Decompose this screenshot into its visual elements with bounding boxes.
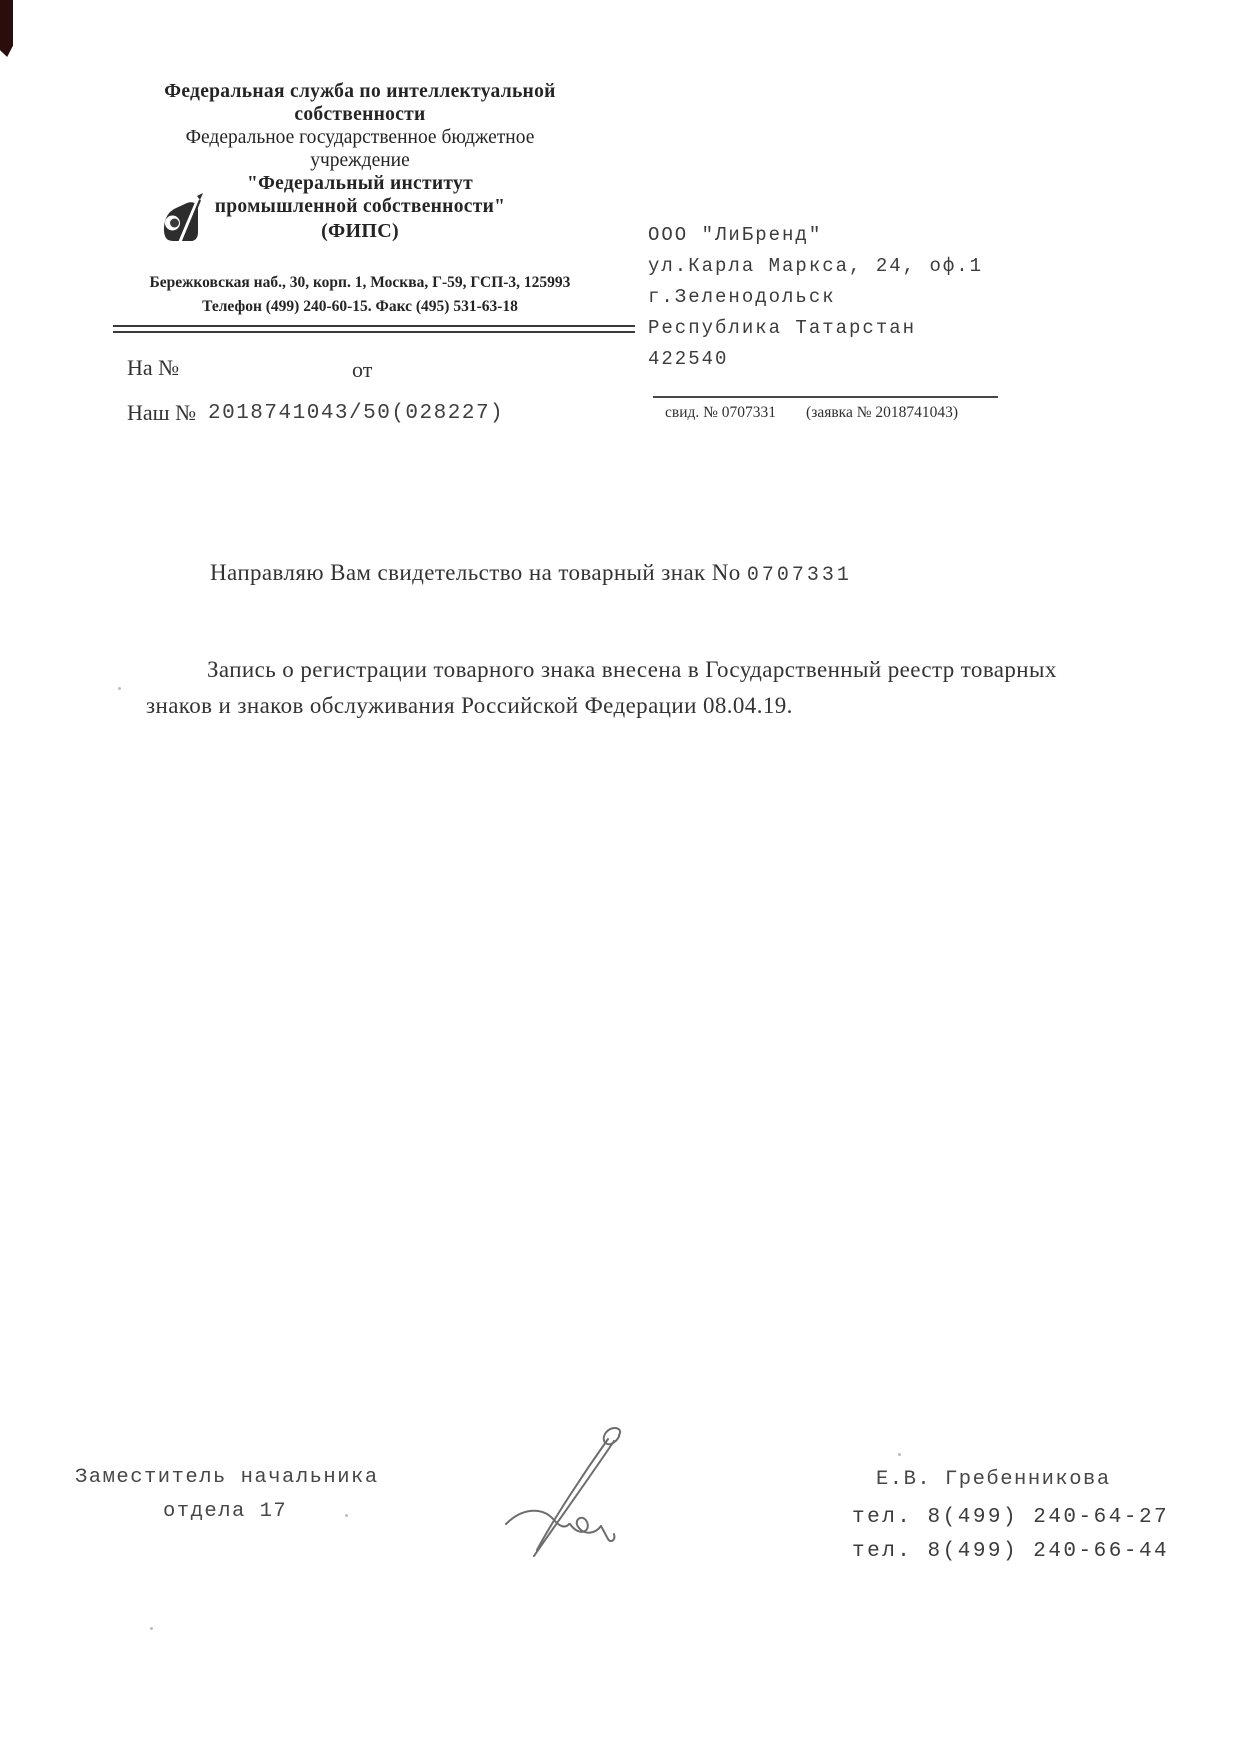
body-paragraph-line-2: знаков и знаков обслуживания Российской …	[146, 693, 793, 719]
signer-position-line-1: Заместитель начальника	[75, 1466, 379, 1489]
letterhead-address-block: Бережковская наб., 30, корп. 1, Москва, …	[100, 271, 620, 319]
certificate-number: свид. № 0707331	[665, 404, 776, 421]
letterhead-divider-rule	[113, 325, 635, 333]
recipient-address-block: ООО "ЛиБренд" ул.Карла Маркса, 24, оф.1 …	[648, 220, 983, 375]
scan-speck	[898, 1453, 901, 1456]
certificate-divider-rule	[653, 396, 998, 398]
scan-speck	[150, 1627, 153, 1630]
recipient-street: ул.Карла Маркса, 24, оф.1	[648, 251, 983, 282]
incoming-date-label: от	[352, 357, 372, 383]
letterhead-phone-fax: Телефон (499) 240-60-15. Факс (495) 531-…	[100, 295, 620, 319]
body-sentence-1-text: Направляю Вам свидетельство на товарный …	[210, 560, 741, 585]
recipient-company: ООО "ЛиБренд"	[648, 220, 983, 251]
org-name-line: Федеральная служба по интеллектуальной	[110, 80, 610, 103]
body-paragraph-line-1: Запись о регистрации товарного знака вне…	[207, 657, 1057, 683]
trademark-number: 0707331	[747, 564, 852, 587]
scan-speck	[345, 1514, 348, 1517]
contact-phone-1: тел. 8(499) 240-64-27	[852, 1506, 1169, 1529]
contact-phone-2: тел. 8(499) 240-66-44	[852, 1540, 1169, 1563]
our-number-value: 2018741043/50(028227)	[208, 402, 504, 425]
signer-position-line-2: отдела 17	[163, 1500, 287, 1523]
org-name-line: собственности	[110, 103, 610, 126]
our-number-label: Наш №	[127, 400, 196, 426]
recipient-region: Республика Татарстан	[648, 313, 983, 344]
certificate-reference-line: свид. № 0707331(заявка № 2018741043)	[665, 404, 958, 422]
scan-speck	[118, 687, 121, 690]
fips-rospatent-logo-icon	[157, 192, 207, 244]
org-type-line: учреждение	[110, 149, 610, 172]
application-number: (заявка № 2018741043)	[806, 404, 958, 421]
recipient-postal-code: 422540	[648, 344, 983, 375]
org-type-line: Федеральное государственное бюджетное	[110, 126, 610, 149]
handwritten-signature	[498, 1424, 638, 1569]
incoming-number-label: На №	[127, 355, 179, 381]
recipient-city: г.Зеленодольск	[648, 282, 983, 313]
letterhead-street-address: Бережковская наб., 30, корп. 1, Москва, …	[100, 271, 620, 295]
body-sentence-1: Направляю Вам свидетельство на товарный …	[210, 560, 852, 587]
signer-name: Е.В. Гребенникова	[876, 1468, 1111, 1491]
scanned-letter-page: Федеральная служба по интеллектуальной с…	[0, 0, 1239, 1753]
scan-corner-artifact	[0, 0, 13, 57]
